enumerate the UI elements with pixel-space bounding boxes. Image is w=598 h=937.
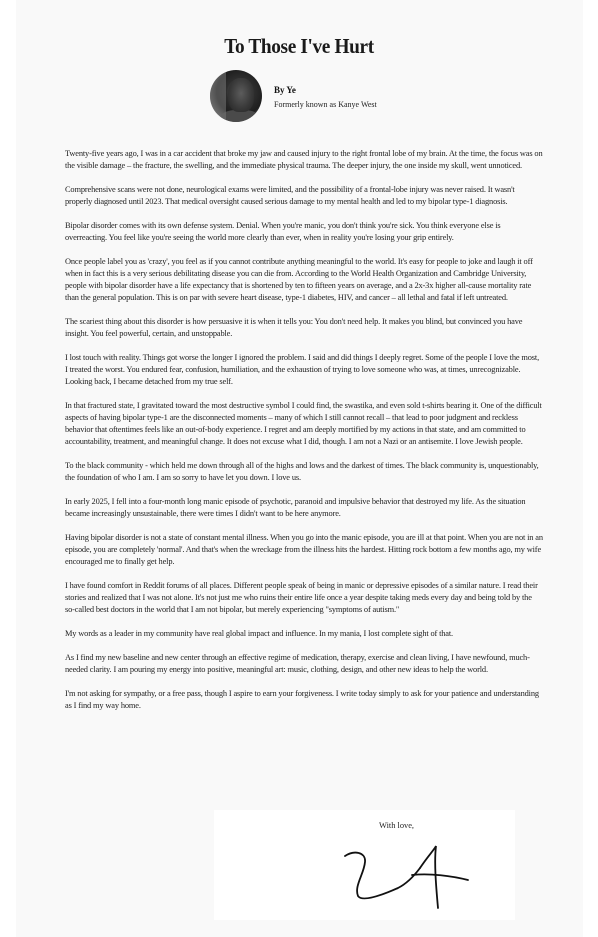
paragraph: I'm not asking for sympathy, or a free p… — [65, 688, 543, 712]
paragraph: As I find my new baseline and new center… — [65, 652, 543, 676]
letter-body: Twenty-five years ago, I was in a car ac… — [65, 148, 543, 724]
avatar-face — [228, 78, 254, 112]
paragraph: Once people label you as 'crazy', you fe… — [65, 256, 543, 304]
paragraph: Having bipolar disorder is not a state o… — [65, 532, 543, 568]
paragraph: Bipolar disorder comes with its own defe… — [65, 220, 543, 244]
paragraph: I have found comfort in Reddit forums of… — [65, 580, 543, 616]
avatar-shade — [210, 70, 226, 122]
signature-icon — [340, 842, 480, 914]
paragraph: In that fractured state, I gravitated to… — [65, 400, 543, 448]
paragraph: My words as a leader in my community hav… — [65, 628, 543, 640]
closing-text: With love, — [379, 821, 414, 830]
author-name: By Ye — [274, 85, 296, 95]
author-avatar — [210, 70, 262, 122]
paragraph: Comprehensive scans were not done, neuro… — [65, 184, 543, 208]
paragraph: To the black community - which held me d… — [65, 460, 543, 484]
paragraph: In early 2025, I fell into a four-month … — [65, 496, 543, 520]
paragraph: The scariest thing about this disorder i… — [65, 316, 543, 340]
author-subtitle: Formerly known as Kanye West — [274, 100, 377, 109]
paragraph: Twenty-five years ago, I was in a car ac… — [65, 148, 543, 172]
paragraph: I lost touch with reality. Things got wo… — [65, 352, 543, 388]
letter-title: To Those I've Hurt — [24, 34, 574, 59]
